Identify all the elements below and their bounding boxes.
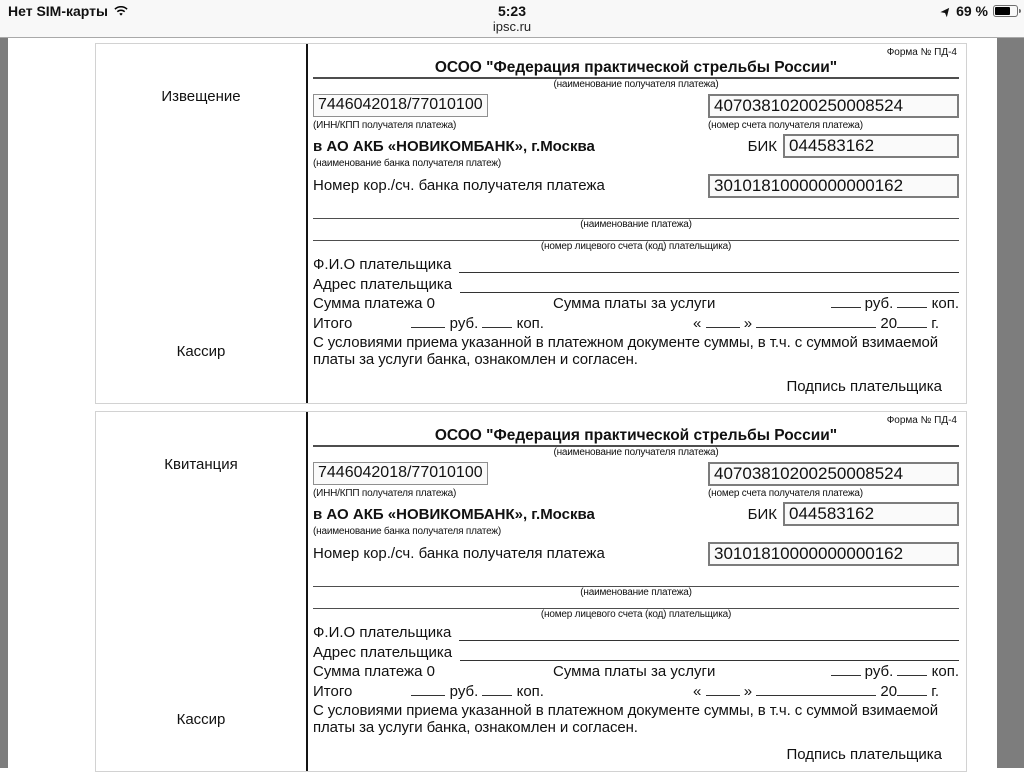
url-label[interactable]: ipsc.ru bbox=[0, 19, 1024, 34]
kop-label: коп. bbox=[517, 683, 544, 700]
corr-account-label: Номер кор./сч. банка получателя платежа bbox=[313, 545, 605, 562]
kop-label: коп. bbox=[932, 295, 959, 312]
payer-name-blank[interactable] bbox=[459, 258, 959, 273]
month-blank[interactable] bbox=[756, 683, 876, 696]
payment-slip-receipt: Квитанция Кассир Форма № ПД-4 ОСОО "Феде… bbox=[95, 411, 967, 768]
kop-label: коп. bbox=[932, 663, 959, 680]
slip-left-column: Извещение Кассир bbox=[96, 44, 308, 403]
payer-address-blank[interactable] bbox=[460, 646, 959, 661]
fee-rub-blank[interactable] bbox=[831, 663, 861, 676]
personal-account-caption: (номер лицевого счета (код) плательщика) bbox=[313, 241, 959, 253]
account-caption: (номер счета получателя платежа) bbox=[708, 488, 959, 500]
total-kop-blank[interactable] bbox=[482, 315, 512, 328]
bik-label: БИК bbox=[748, 138, 777, 155]
account-number-input[interactable] bbox=[708, 94, 959, 118]
year-suffix: г. bbox=[931, 683, 939, 700]
cashier-label: Кассир bbox=[96, 711, 306, 728]
bik-label: БИК bbox=[748, 506, 777, 523]
payment-sum-label: Сумма платежа 0 bbox=[313, 663, 553, 680]
account-caption: (номер счета получателя платежа) bbox=[708, 120, 959, 132]
total-rub-blank[interactable] bbox=[411, 683, 445, 696]
form-number-label: Форма № ПД-4 bbox=[313, 415, 959, 427]
rub-label: руб. bbox=[450, 683, 479, 700]
payer-name-label: Ф.И.О плательщика bbox=[313, 624, 451, 641]
personal-account-caption: (номер лицевого счета (код) плательщика) bbox=[313, 609, 959, 621]
payer-address-label: Адрес плательщика bbox=[313, 644, 452, 661]
section-label: Извещение bbox=[96, 88, 306, 105]
payer-name-blank[interactable] bbox=[459, 626, 959, 641]
rub-label: руб. bbox=[865, 295, 894, 312]
payee-name: ОСОО "Федерация практической стрельбы Ро… bbox=[313, 59, 959, 80]
kop-label: коп. bbox=[517, 315, 544, 332]
rub-label: руб. bbox=[865, 663, 894, 680]
payment-name-caption: (наименование платежа) bbox=[313, 587, 959, 599]
total-rub-blank[interactable] bbox=[411, 315, 445, 328]
inn-kpp-input[interactable] bbox=[313, 94, 488, 117]
corr-account-input[interactable] bbox=[708, 174, 959, 198]
slip-left-column: Квитанция Кассир bbox=[96, 412, 308, 768]
corr-account-label: Номер кор./сч. банка получателя платежа bbox=[313, 177, 605, 194]
battery-percent-label: 69 % bbox=[956, 3, 988, 19]
bik-input[interactable] bbox=[783, 134, 959, 158]
month-blank[interactable] bbox=[756, 315, 876, 328]
close-quote: » bbox=[744, 683, 752, 700]
cashier-label: Кассир bbox=[96, 343, 306, 360]
payee-caption: (наименование получателя платежа) bbox=[313, 79, 959, 91]
payer-signature-label: Подпись плательщика bbox=[787, 746, 943, 763]
year-prefix: 20 bbox=[880, 315, 897, 332]
total-label: Итого bbox=[313, 315, 352, 332]
status-bar: Нет SIM-карты 5:23 ➤ 69 % ipsc.ru bbox=[0, 0, 1024, 38]
slip-form-area: Форма № ПД-4 ОСОО "Федерация практическо… bbox=[308, 412, 966, 768]
day-blank[interactable] bbox=[706, 315, 740, 328]
payer-address-blank[interactable] bbox=[460, 278, 959, 293]
bank-caption: (наименование банка получателя платеж) bbox=[313, 526, 959, 538]
terms-text: С условиями приема указанной в платежном… bbox=[313, 334, 959, 369]
inn-kpp-input[interactable] bbox=[313, 462, 488, 485]
open-quote: « bbox=[693, 683, 701, 700]
year-suffix: г. bbox=[931, 315, 939, 332]
close-quote: » bbox=[744, 315, 752, 332]
payer-signature-label: Подпись плательщика bbox=[787, 378, 943, 395]
payer-address-label: Адрес плательщика bbox=[313, 276, 452, 293]
service-fee-label: Сумма платы за услуги bbox=[553, 663, 831, 680]
right-gutter[interactable] bbox=[997, 38, 1024, 768]
total-kop-blank[interactable] bbox=[482, 683, 512, 696]
year-prefix: 20 bbox=[880, 683, 897, 700]
bank-name: в АО АКБ «НОВИКОМБАНК», г.Москва bbox=[313, 506, 595, 523]
inn-caption: (ИНН/КПП получателя платежа) bbox=[313, 120, 456, 132]
year-blank[interactable] bbox=[897, 683, 927, 696]
bik-input[interactable] bbox=[783, 502, 959, 526]
bank-caption: (наименование банка получателя платеж) bbox=[313, 158, 959, 170]
terms-text: С условиями приема указанной в платежном… bbox=[313, 702, 959, 737]
section-label: Квитанция bbox=[96, 456, 306, 473]
inn-caption: (ИНН/КПП получателя платежа) bbox=[313, 488, 456, 500]
payment-name-caption: (наименование платежа) bbox=[313, 219, 959, 231]
corr-account-input[interactable] bbox=[708, 542, 959, 566]
fee-kop-blank[interactable] bbox=[897, 295, 927, 308]
bank-name: в АО АКБ «НОВИКОМБАНК», г.Москва bbox=[313, 138, 595, 155]
open-quote: « bbox=[693, 315, 701, 332]
year-blank[interactable] bbox=[897, 315, 927, 328]
fee-kop-blank[interactable] bbox=[897, 663, 927, 676]
payment-slip-notice: Извещение Кассир Форма № ПД-4 ОСОО "Феде… bbox=[95, 43, 967, 404]
total-label: Итого bbox=[313, 683, 352, 700]
clock: 5:23 bbox=[0, 3, 1024, 19]
account-number-input[interactable] bbox=[708, 462, 959, 486]
day-blank[interactable] bbox=[706, 683, 740, 696]
battery-icon bbox=[993, 5, 1018, 17]
payment-sum-label: Сумма платежа 0 bbox=[313, 295, 553, 312]
fee-rub-blank[interactable] bbox=[831, 295, 861, 308]
rub-label: руб. bbox=[450, 315, 479, 332]
service-fee-label: Сумма платы за услуги bbox=[553, 295, 831, 312]
payer-name-label: Ф.И.О плательщика bbox=[313, 256, 451, 273]
left-gutter bbox=[0, 38, 8, 768]
payee-caption: (наименование получателя платежа) bbox=[313, 447, 959, 459]
payee-name: ОСОО "Федерация практической стрельбы Ро… bbox=[313, 427, 959, 448]
slip-form-area: Форма № ПД-4 ОСОО "Федерация практическо… bbox=[308, 44, 966, 403]
form-number-label: Форма № ПД-4 bbox=[313, 47, 959, 59]
